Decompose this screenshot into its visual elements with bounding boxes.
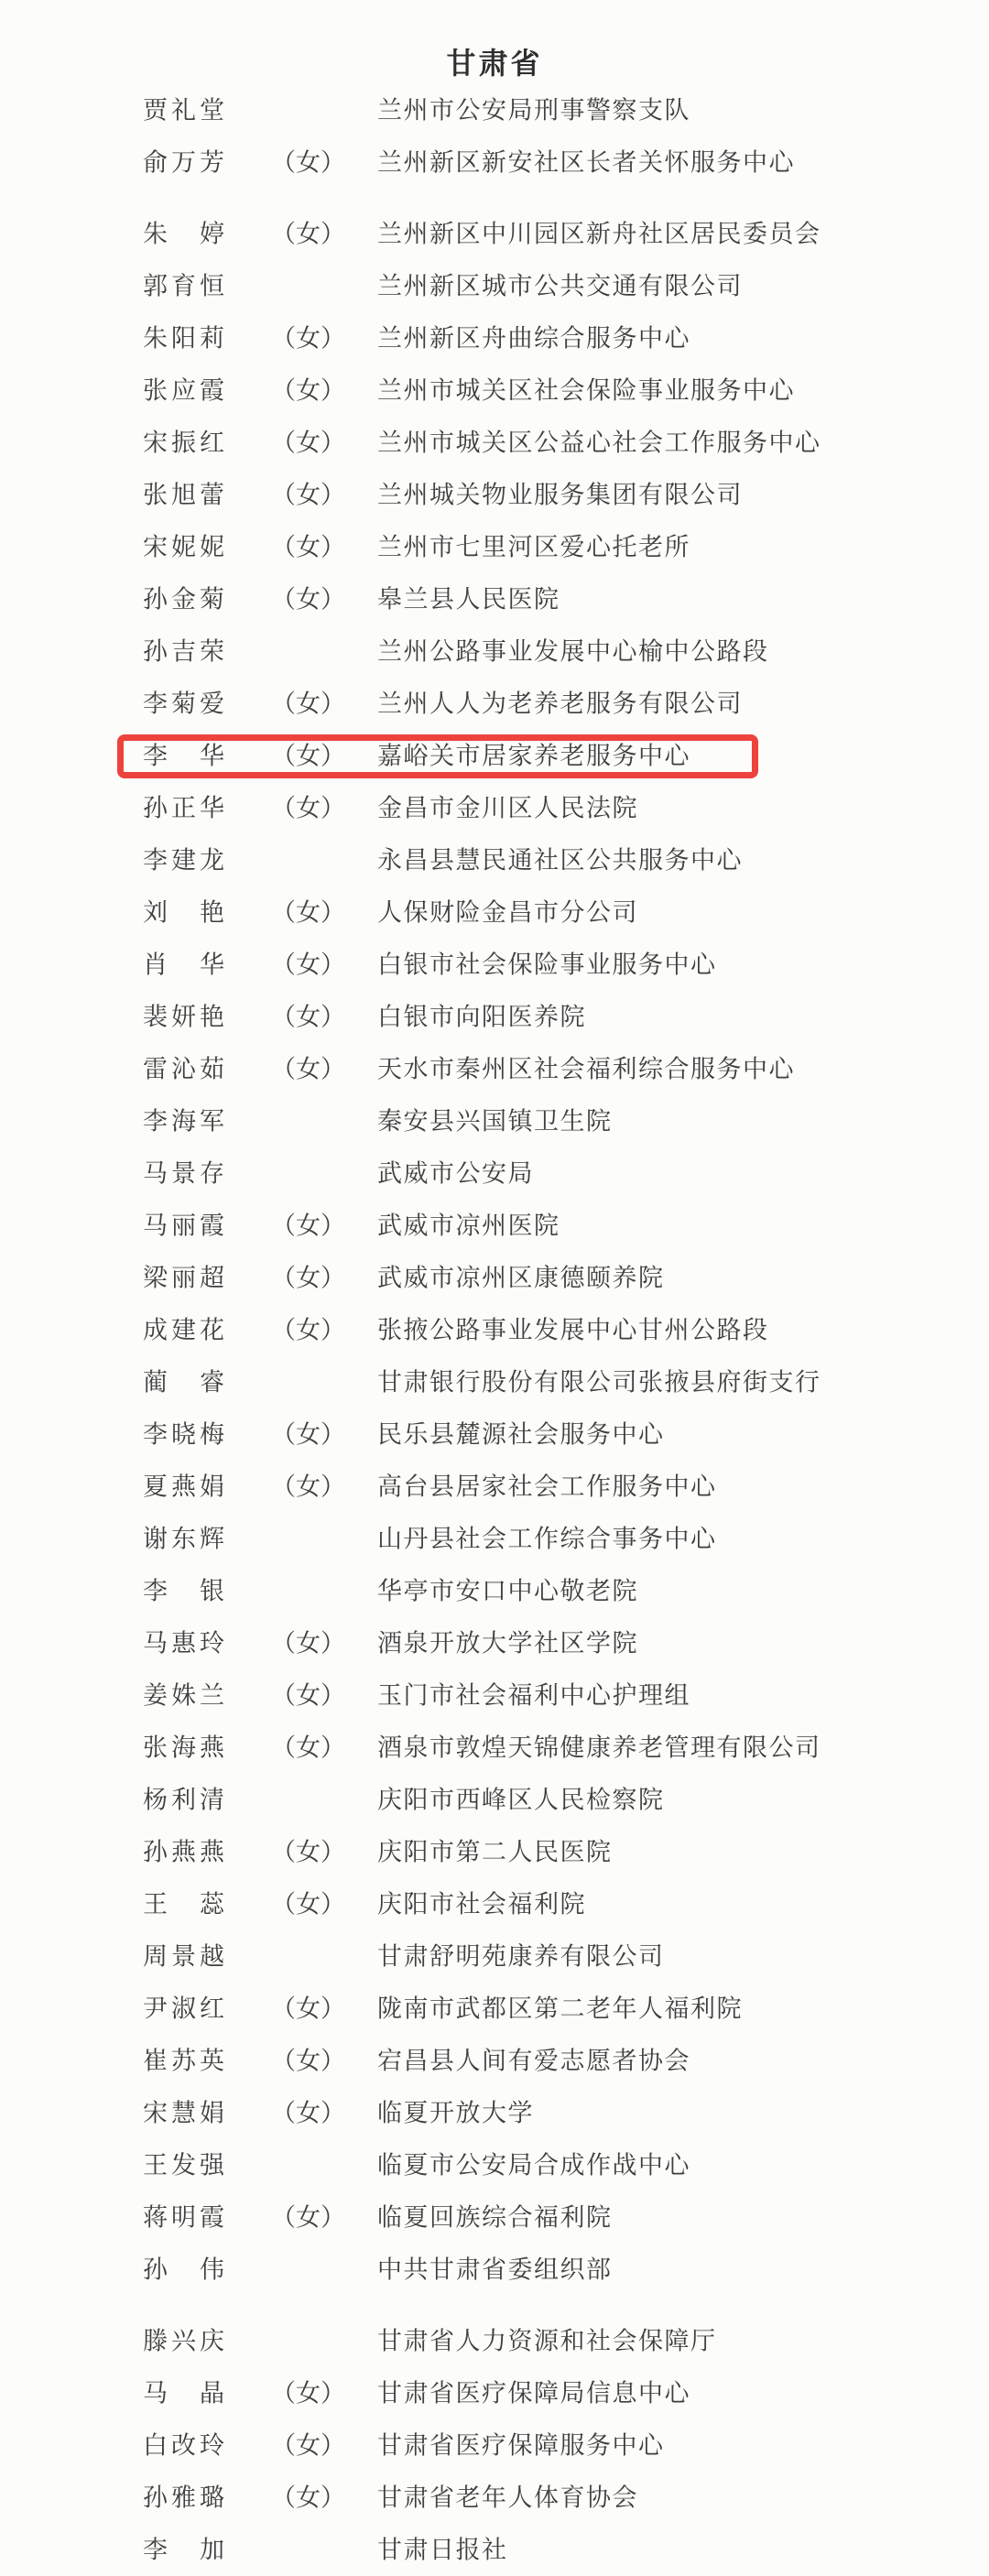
person-name: 杨利清 xyxy=(143,1788,228,1812)
person-name: 王 蕊 xyxy=(143,1892,228,1917)
organization-name: 庆阳市社会福利院 xyxy=(377,1892,586,1917)
organization-name: 秦安县兴国镇卫生院 xyxy=(377,1109,613,1134)
gender-label: （女） xyxy=(271,1213,345,1238)
gender-label: （女） xyxy=(271,2101,345,2125)
person-name: 宋振红 xyxy=(143,430,228,455)
gender-label: （女） xyxy=(271,2485,345,2510)
roster-row: 宋振红 （女） 兰州市城关区公益心社会工作服务中心 xyxy=(0,417,989,469)
organization-name: 兰州市城关区社会保险事业服务中心 xyxy=(377,378,795,403)
roster-row: 尹淑红 （女） 陇南市武都区第二老年人福利院 xyxy=(0,1983,989,2035)
person-name: 张旭蕾 xyxy=(143,483,228,507)
gender-label: （女） xyxy=(271,1996,345,2021)
organization-name: 武威市凉州医院 xyxy=(377,1213,560,1238)
roster-row: 马丽霞 （女） 武威市凉州医院 xyxy=(0,1200,989,1252)
organization-name: 陇南市武都区第二老年人福利院 xyxy=(377,1996,743,2021)
person-name: 贾礼堂 xyxy=(143,98,228,123)
person-name: 朱阳莉 xyxy=(143,326,228,351)
gender-label: （女） xyxy=(271,2381,345,2406)
organization-name: 兰州城关物业服务集团有限公司 xyxy=(377,483,743,507)
organization-name: 中共甘肃省委组织部 xyxy=(377,2257,613,2282)
gender-label: （女） xyxy=(271,2049,345,2073)
organization-name: 临夏开放大学 xyxy=(377,2101,534,2125)
gender-label: （女） xyxy=(271,1631,345,1656)
person-name: 马 晶 xyxy=(143,2381,228,2406)
organization-name: 庆阳市第二人民医院 xyxy=(377,1840,613,1864)
gender-label: （女） xyxy=(271,587,345,612)
roster-row: 杨利清 庆阳市西峰区人民检察院 xyxy=(0,1774,989,1826)
roster-row: 孙吉荣 兰州公路事业发展中心榆中公路段 xyxy=(0,625,989,678)
organization-name: 甘肃省老年人体育协会 xyxy=(377,2485,638,2510)
person-name: 李海军 xyxy=(143,1109,228,1134)
person-name: 白改玲 xyxy=(143,2433,228,2458)
roster-row: 谢东辉 山丹县社会工作综合事务中心 xyxy=(0,1513,989,1565)
organization-name: 兰州新区新安社区长者关怀服务中心 xyxy=(377,150,795,175)
roster-row: 马惠玲 （女） 酒泉开放大学社区学院 xyxy=(0,1617,989,1669)
gender-label: （女） xyxy=(271,1735,345,1760)
organization-name: 张掖公路事业发展中心甘州公路段 xyxy=(377,1318,769,1342)
organization-name: 兰州市城关区公益心社会工作服务中心 xyxy=(377,430,821,455)
roster-row: 孙正华 （女） 金昌市金川区人民法院 xyxy=(0,782,989,834)
person-name: 孙雅璐 xyxy=(143,2485,228,2510)
person-name: 李 华 xyxy=(143,744,228,768)
person-name: 夏燕娟 xyxy=(143,1474,228,1499)
organization-name: 甘肃日报社 xyxy=(377,2538,508,2562)
roster-row: 刘 艳 （女） 人保财险金昌市分公司 xyxy=(0,886,989,939)
gender-label: （女） xyxy=(271,952,345,977)
person-name: 肖 华 xyxy=(143,952,228,977)
organization-name: 甘肃省人力资源和社会保障厅 xyxy=(377,2329,717,2353)
organization-name: 永昌县慧民通社区公共服务中心 xyxy=(377,848,743,873)
organization-name: 皋兰县人民医院 xyxy=(377,587,560,612)
roster-row: 李菊爱 （女） 兰州人人为老养老服务有限公司 xyxy=(0,678,989,730)
organization-name: 白银市社会保险事业服务中心 xyxy=(377,952,717,977)
person-name: 谢东辉 xyxy=(143,1527,228,1551)
person-name: 蒋明霞 xyxy=(143,2205,228,2230)
roster-row: 张旭蕾 （女） 兰州城关物业服务集团有限公司 xyxy=(0,469,989,521)
roster-row: 张应霞 （女） 兰州市城关区社会保险事业服务中心 xyxy=(0,364,989,417)
roster-row: 孙 伟 中共甘肃省委组织部 xyxy=(0,2244,989,2296)
gender-label: （女） xyxy=(271,378,345,403)
organization-name: 华亭市安口中心敬老院 xyxy=(377,1579,638,1603)
organization-name: 兰州人人为老养老服务有限公司 xyxy=(377,691,743,716)
roster-row: 周景越 甘肃舒明苑康养有限公司 xyxy=(0,1930,989,1983)
person-name: 孙吉荣 xyxy=(143,639,228,664)
organization-name: 白银市向阳医养院 xyxy=(377,1005,586,1029)
gender-label: （女） xyxy=(271,1005,345,1029)
gender-label: （女） xyxy=(271,150,345,175)
organization-name: 武威市公安局 xyxy=(377,1161,534,1186)
gender-label: （女） xyxy=(271,900,345,925)
gender-label: （女） xyxy=(271,1840,345,1864)
roster-list: 贾礼堂 兰州市公安局刑事警察支队 俞万芳 （女） 兰州新区新安社区长者关怀服务中… xyxy=(0,84,989,2576)
person-name: 李 银 xyxy=(143,1579,228,1603)
organization-name: 庆阳市西峰区人民检察院 xyxy=(377,1788,665,1812)
organization-name: 兰州公路事业发展中心榆中公路段 xyxy=(377,639,769,664)
person-name: 李建龙 xyxy=(143,848,228,873)
roster-row: 张海燕 （女） 酒泉市敦煌天锦健康养老管理有限公司 xyxy=(0,1722,989,1774)
roster-row: 蔺 睿 甘肃银行股份有限公司张掖县府街支行 xyxy=(0,1356,989,1408)
organization-name: 兰州新区舟曲综合服务中心 xyxy=(377,326,690,351)
roster-row: 李海军 秦安县兴国镇卫生院 xyxy=(0,1095,989,1147)
roster-row: 孙燕燕 （女） 庆阳市第二人民医院 xyxy=(0,1826,989,1878)
page-title: 甘肃省 xyxy=(0,40,989,82)
gender-label: （女） xyxy=(271,1318,345,1342)
person-name: 俞万芳 xyxy=(143,150,228,175)
gender-label: （女） xyxy=(271,326,345,351)
roster-row: 郭育恒 兰州新区城市公共交通有限公司 xyxy=(0,260,989,312)
roster-row: 俞万芳 （女） 兰州新区新安社区长者关怀服务中心 xyxy=(0,136,989,189)
person-name: 周景越 xyxy=(143,1944,228,1969)
person-name: 马惠玲 xyxy=(143,1631,228,1656)
organization-name: 宕昌县人间有爱志愿者协会 xyxy=(377,2049,690,2073)
person-name: 裴妍艳 xyxy=(143,1005,228,1029)
person-name: 尹淑红 xyxy=(143,1996,228,2021)
roster-row: 李 加 甘肃日报社 xyxy=(0,2524,989,2576)
gender-label: （女） xyxy=(271,222,345,246)
roster-row: 孙金菊 （女） 皋兰县人民医院 xyxy=(0,573,989,625)
roster-row: 裴妍艳 （女） 白银市向阳医养院 xyxy=(0,991,989,1043)
organization-name: 武威市凉州区康德颐养院 xyxy=(377,1266,665,1290)
organization-name: 兰州市公安局刑事警察支队 xyxy=(377,98,690,123)
organization-name: 高台县居家社会工作服务中心 xyxy=(377,1474,717,1499)
person-name: 成建花 xyxy=(143,1318,228,1342)
roster-row: 贾礼堂 兰州市公安局刑事警察支队 xyxy=(0,84,989,136)
gender-label: （女） xyxy=(271,744,345,768)
roster-row: 王发强 临夏市公安局合成作战中心 xyxy=(0,2139,989,2191)
roster-row: 宋妮妮 （女） 兰州市七里河区爱心托老所 xyxy=(0,521,989,573)
person-name: 蔺 睿 xyxy=(143,1370,228,1395)
gender-label: （女） xyxy=(271,535,345,560)
roster-row: 姜姝兰 （女） 玉门市社会福利中心护理组 xyxy=(0,1669,989,1722)
person-name: 宋慧娟 xyxy=(143,2101,228,2125)
organization-name: 玉门市社会福利中心护理组 xyxy=(377,1683,690,1708)
roster-row: 王 蕊 （女） 庆阳市社会福利院 xyxy=(0,1878,989,1930)
person-name: 雷沁茹 xyxy=(143,1057,228,1081)
person-name: 郭育恒 xyxy=(143,274,228,299)
roster-row: 白改玲 （女） 甘肃省医疗保障服务中心 xyxy=(0,2419,989,2472)
person-name: 姜姝兰 xyxy=(143,1683,228,1708)
gender-label: （女） xyxy=(271,1266,345,1290)
organization-name: 人保财险金昌市分公司 xyxy=(377,900,638,925)
person-name: 崔苏英 xyxy=(143,2049,228,2073)
roster-row: 马景存 武威市公安局 xyxy=(0,1147,989,1200)
person-name: 张应霞 xyxy=(143,378,228,403)
roster-row: 雷沁茹 （女） 天水市秦州区社会福利综合服务中心 xyxy=(0,1043,989,1095)
roster-row: 孙雅璐 （女） 甘肃省老年人体育协会 xyxy=(0,2472,989,2524)
person-name: 滕兴庆 xyxy=(143,2329,228,2353)
organization-name: 兰州市七里河区爱心托老所 xyxy=(377,535,690,560)
gender-label: （女） xyxy=(271,1683,345,1708)
gender-label: （女） xyxy=(271,1057,345,1081)
roster-row: 崔苏英 （女） 宕昌县人间有爱志愿者协会 xyxy=(0,2035,989,2087)
gender-label: （女） xyxy=(271,2433,345,2458)
roster-row: 李晓梅 （女） 民乐县麓源社会服务中心 xyxy=(0,1408,989,1461)
person-name: 王发强 xyxy=(143,2153,228,2178)
organization-name: 临夏市公安局合成作战中心 xyxy=(377,2153,690,2178)
roster-row: 李建龙 永昌县慧民通社区公共服务中心 xyxy=(0,834,989,886)
organization-name: 酒泉开放大学社区学院 xyxy=(377,1631,638,1656)
organization-name: 甘肃银行股份有限公司张掖县府街支行 xyxy=(377,1370,821,1395)
gender-label: （女） xyxy=(271,796,345,821)
person-name: 马丽霞 xyxy=(143,1213,228,1238)
person-name: 刘 艳 xyxy=(143,900,228,925)
organization-name: 兰州新区城市公共交通有限公司 xyxy=(377,274,743,299)
organization-name: 甘肃省医疗保障服务中心 xyxy=(377,2433,665,2458)
person-name: 朱 婷 xyxy=(143,222,228,246)
document-page: 甘肃省 贾礼堂 兰州市公安局刑事警察支队 俞万芳 （女） 兰州新区新安社区长者关… xyxy=(0,0,989,2576)
roster-row: 蒋明霞 （女） 临夏回族综合福利院 xyxy=(0,2191,989,2244)
roster-row: 夏燕娟 （女） 高台县居家社会工作服务中心 xyxy=(0,1461,989,1513)
person-name: 孙金菊 xyxy=(143,587,228,612)
roster-row: 宋慧娟 （女） 临夏开放大学 xyxy=(0,2087,989,2139)
person-name: 李 加 xyxy=(143,2538,228,2562)
organization-name: 甘肃舒明苑康养有限公司 xyxy=(377,1944,665,1969)
person-name: 孙 伟 xyxy=(143,2257,228,2282)
gender-label: （女） xyxy=(271,483,345,507)
roster-row: 朱阳莉 （女） 兰州新区舟曲综合服务中心 xyxy=(0,312,989,364)
organization-name: 临夏回族综合福利院 xyxy=(377,2205,613,2230)
roster-row: 肖 华 （女） 白银市社会保险事业服务中心 xyxy=(0,939,989,991)
organization-name: 酒泉市敦煌天锦健康养老管理有限公司 xyxy=(377,1735,821,1760)
roster-row: 滕兴庆 甘肃省人力资源和社会保障厅 xyxy=(0,2315,989,2367)
organization-name: 金昌市金川区人民法院 xyxy=(377,796,638,821)
organization-name: 甘肃省医疗保障局信息中心 xyxy=(377,2381,690,2406)
organization-name: 兰州新区中川园区新舟社区居民委员会 xyxy=(377,222,821,246)
gender-label: （女） xyxy=(271,691,345,716)
roster-row: 李 华 （女） 嘉峪关市居家养老服务中心 xyxy=(0,730,989,782)
organization-name: 民乐县麓源社会服务中心 xyxy=(377,1422,665,1447)
person-name: 张海燕 xyxy=(143,1735,228,1760)
person-name: 李菊爱 xyxy=(143,691,228,716)
person-name: 李晓梅 xyxy=(143,1422,228,1447)
roster-row: 朱 婷 （女） 兰州新区中川园区新舟社区居民委员会 xyxy=(0,208,989,260)
gender-label: （女） xyxy=(271,1474,345,1499)
person-name: 孙正华 xyxy=(143,796,228,821)
gender-label: （女） xyxy=(271,2205,345,2230)
gender-label: （女） xyxy=(271,1422,345,1447)
person-name: 宋妮妮 xyxy=(143,535,228,560)
person-name: 梁丽超 xyxy=(143,1266,228,1290)
organization-name: 嘉峪关市居家养老服务中心 xyxy=(377,744,690,768)
person-name: 孙燕燕 xyxy=(143,1840,228,1864)
roster-row: 梁丽超 （女） 武威市凉州区康德颐养院 xyxy=(0,1252,989,1304)
gender-label: （女） xyxy=(271,430,345,455)
organization-name: 山丹县社会工作综合事务中心 xyxy=(377,1527,717,1551)
roster-row: 马 晶 （女） 甘肃省医疗保障局信息中心 xyxy=(0,2367,989,2419)
roster-row: 成建花 （女） 张掖公路事业发展中心甘州公路段 xyxy=(0,1304,989,1356)
gender-label: （女） xyxy=(271,1892,345,1917)
person-name: 马景存 xyxy=(143,1161,228,1186)
roster-row: 李 银 华亭市安口中心敬老院 xyxy=(0,1565,989,1617)
organization-name: 天水市秦州区社会福利综合服务中心 xyxy=(377,1057,795,1081)
